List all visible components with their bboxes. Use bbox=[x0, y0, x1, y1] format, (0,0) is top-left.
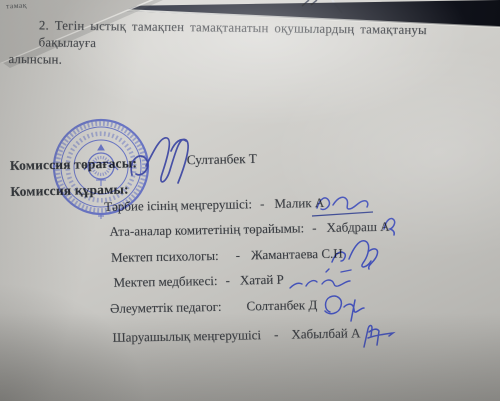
member-name: Жамантаева С.Н bbox=[251, 245, 343, 263]
document-photo: тамақ 2. Тегін ыстық тамақпен тамақтанат… bbox=[0, 0, 500, 401]
member-row: Әлеуметтік педагог: Солтанбек Д bbox=[110, 295, 391, 326]
member-role: Мектеп медбикесі: bbox=[113, 273, 217, 291]
chairman-name: Султанбек Т bbox=[187, 151, 257, 168]
member-role: Ата-аналар комитетінің төрайымы: bbox=[109, 221, 304, 241]
members-list: Тәрбие ісінің меңгерушісі: - Малик А Ата… bbox=[104, 194, 392, 356]
member-name: Солтанбек Д bbox=[246, 297, 317, 314]
member-name: Хатай Р bbox=[240, 272, 284, 289]
dash-separator: - bbox=[312, 221, 317, 237]
member-role: Мектеп психологы: bbox=[111, 248, 219, 266]
composition-label: Комиссия құрамы: bbox=[10, 182, 129, 200]
member-role: Тәрбие ісінің меңгерушісі: bbox=[104, 196, 252, 215]
member-role: Шаруашылық меңгерушісі bbox=[112, 327, 261, 346]
dash-separator: - bbox=[260, 196, 265, 212]
dash-separator: - bbox=[274, 327, 279, 343]
dash-separator: - bbox=[225, 273, 230, 289]
member-name: Хабылбай А bbox=[291, 325, 360, 342]
member-name: Малик А bbox=[274, 195, 324, 212]
member-role: Әлеуметтік педагог: bbox=[110, 298, 222, 316]
member-row: Шаруашылық меңгерушісі - Хабылбай А bbox=[112, 325, 391, 355]
chairman-label: Комиссия төрағасы: bbox=[10, 155, 137, 174]
member-name: Хабдраш А bbox=[326, 219, 389, 236]
dash-separator: - bbox=[236, 247, 241, 263]
